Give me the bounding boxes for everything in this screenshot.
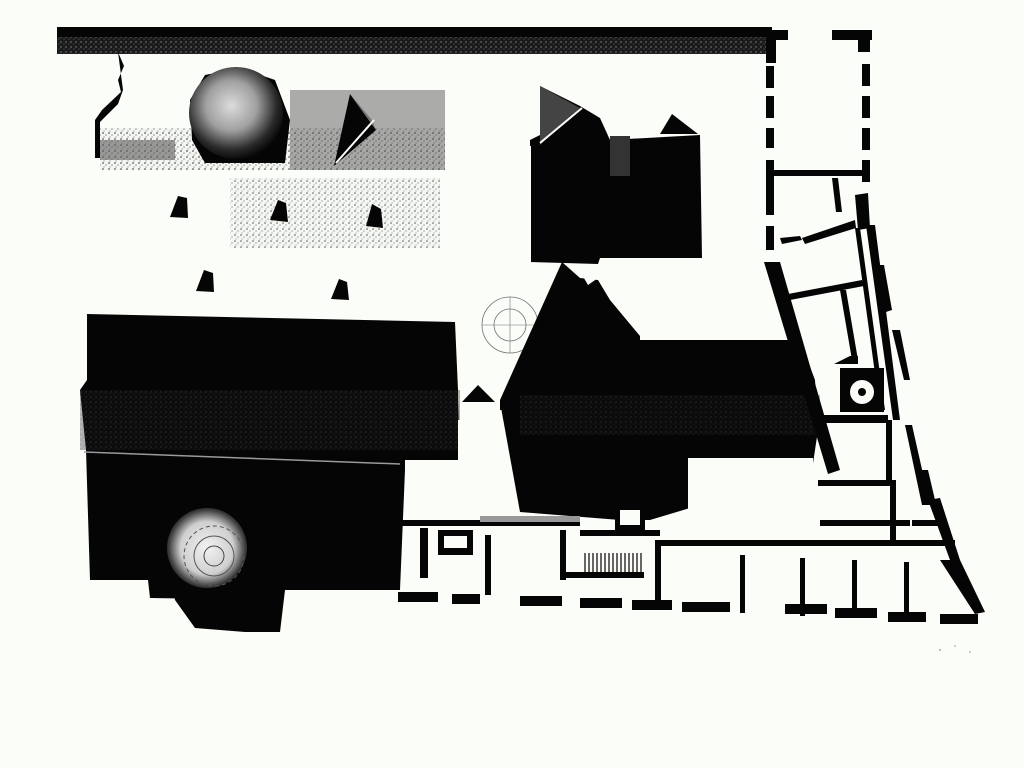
spiral-stair-icon	[840, 368, 884, 412]
architectural-plan-photo	[0, 0, 1024, 768]
stair-hatching	[585, 553, 641, 575]
garden-strip-middle	[230, 178, 440, 248]
white-pavilion	[446, 146, 531, 266]
dark-roof-strip	[57, 27, 772, 54]
spherical-dome-north	[189, 67, 290, 163]
faint-rose-drawing	[482, 297, 538, 353]
courtyard-block	[688, 458, 813, 510]
